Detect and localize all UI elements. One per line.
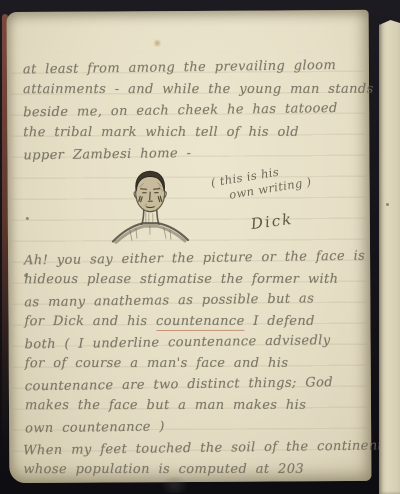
manuscript-line: countenance are two distinct things; God: [25, 371, 377, 397]
manuscript-line: whose population is computed at 203: [23, 459, 375, 480]
adjacent-page-edge: [379, 0, 400, 494]
line-fragment: I defend: [245, 314, 315, 329]
ink-speck: [26, 217, 29, 220]
manuscript-line: for Dick and his countenance I defend: [24, 311, 376, 332]
line-fragment: for Dick and his: [24, 314, 156, 329]
underlined-word: countenance: [156, 314, 245, 331]
journal-page: at least from among the prevailing gloom…: [7, 10, 372, 483]
manuscript-line: When my feet touched the soil of the con…: [23, 435, 375, 461]
annotation-note: ( this is his own writing ): [210, 160, 313, 206]
page-stain: [153, 39, 162, 47]
manuscript-line: the tribal mark which tell of his old: [23, 121, 375, 143]
manuscript-line: beside me, on each cheek he has tatooed: [23, 97, 375, 123]
paragraph-top: at least from among the prevailing gloom…: [23, 56, 376, 166]
photograph-background: at least from among the prevailing gloom…: [0, 0, 400, 494]
manuscript-line: upper Zambesi home -: [23, 140, 375, 166]
manuscript-line: at least from among the prevailing gloom: [23, 54, 375, 80]
manuscript-line: for of course a man's face and his: [25, 353, 377, 374]
portrait-sketch: [109, 168, 193, 247]
manuscript-line: attainments - and while the young man st…: [23, 78, 375, 100]
manuscript-line: Ah! you say either the picture or the fa…: [24, 245, 376, 271]
ink-speck: [386, 203, 389, 206]
portrait-sketch-drawing: [109, 168, 193, 247]
manuscript-line: as many anathemas as possible but as: [24, 287, 376, 313]
manuscript-line: hideous please stigmatise the former wit…: [24, 269, 376, 290]
paragraph-middle: Ah! you say either the picture or the fa…: [24, 247, 377, 438]
manuscript-line: makes the face but a man makes his: [25, 395, 377, 416]
paragraph-bottom: When my feet touched the soil of the con…: [23, 437, 375, 481]
signature-dick: Dick: [250, 210, 294, 233]
manuscript-line: both ( I underline countenance advisedly: [24, 329, 376, 355]
